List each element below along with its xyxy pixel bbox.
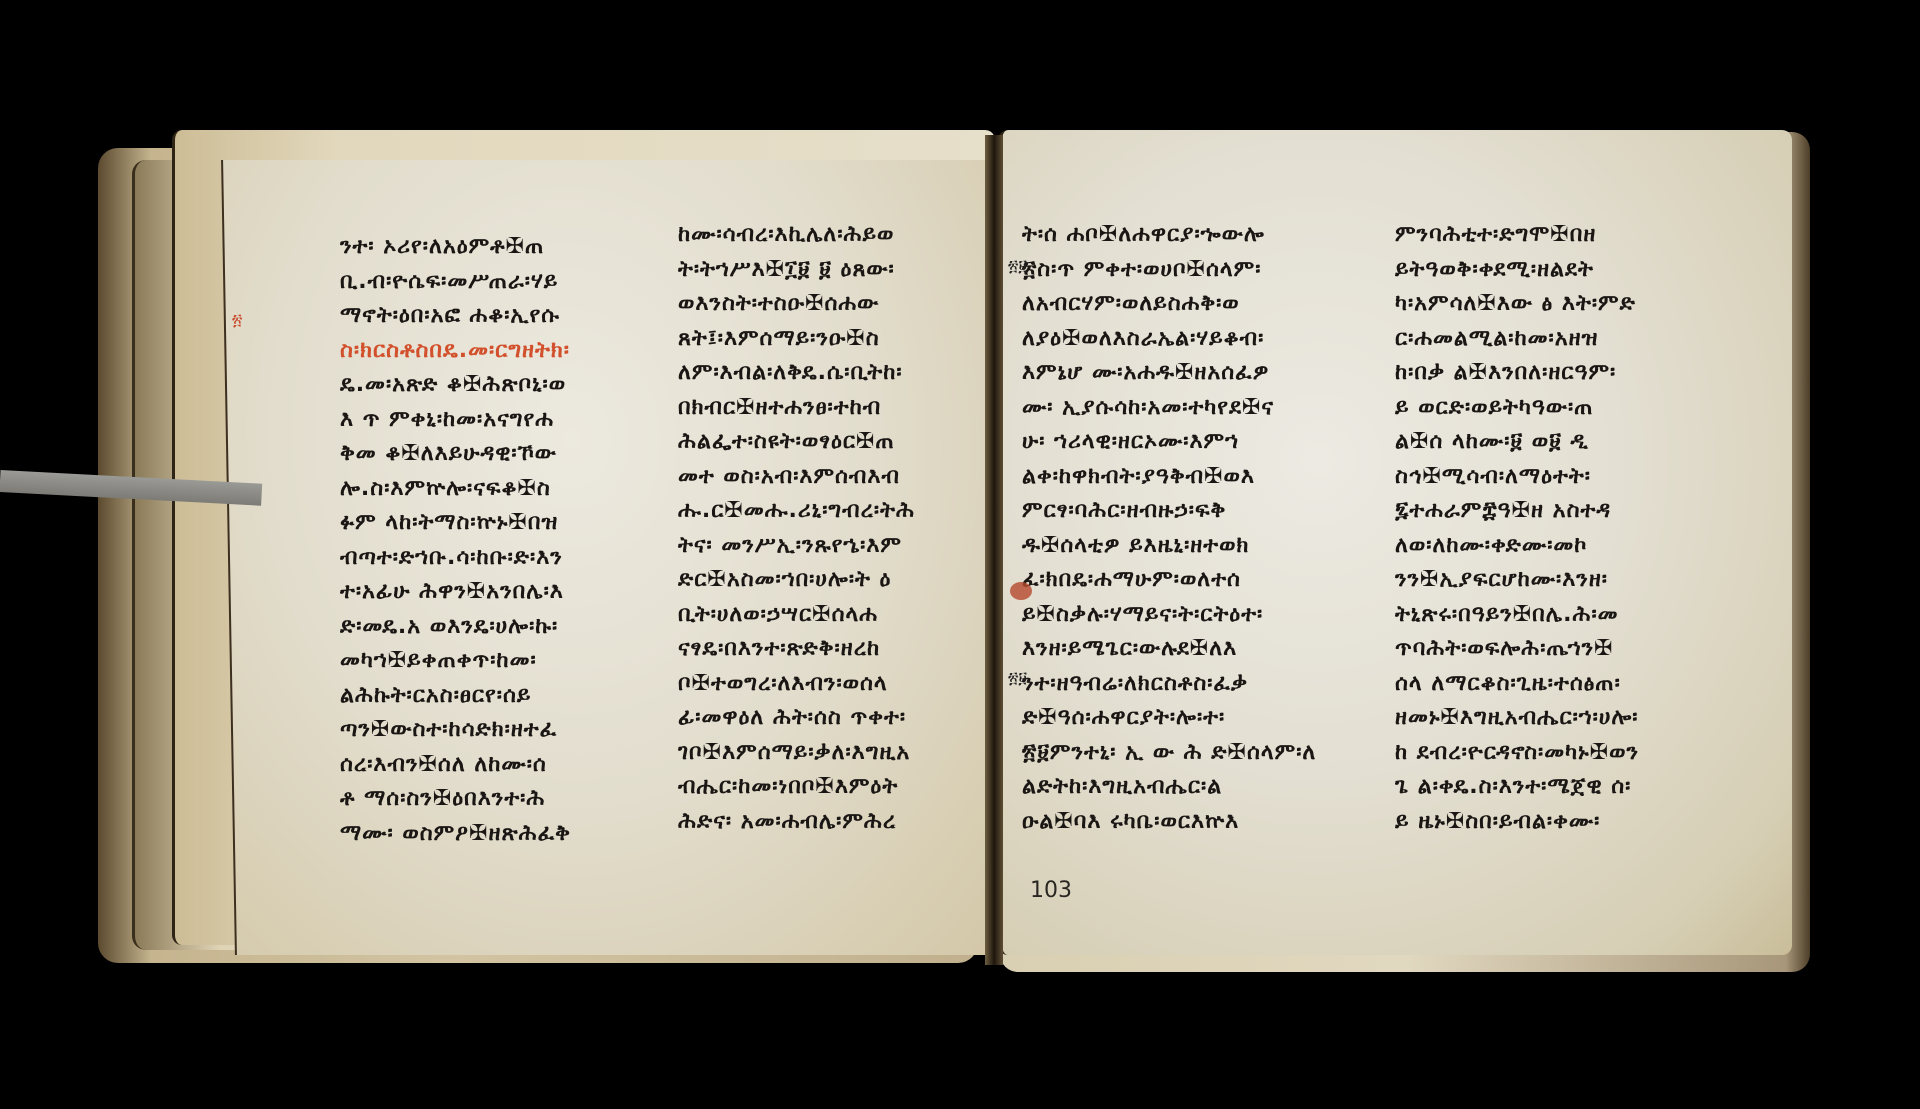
text-line: በክብር✠ዘተሐንፀ፡ተከብ <box>678 391 915 426</box>
text-line: ሑ.ር✠መሑ.ሪኒ፡ግብረ፡ትሕ <box>678 494 915 529</box>
text-line: ይ✠ስቃሉ፡ሃማይና፡ት፡ርትዕተ፡ <box>1022 598 1316 633</box>
text-line: ለያዕ✠ወለእስራኤል፡ሃይቆብ፡ <box>1022 322 1316 357</box>
left-page-column-1: ንተ፡ ኦሪየ፡ለአዕምቶ✠ጠ ቢ.ብ፡ዮሴፍ፡መሥጠራ፡ሃይ ማኖት፡ዕበ፡አ… <box>340 230 571 851</box>
text-line: ቶ ማሰ፡ስን✠ዕበእንተ፡ሕ <box>340 782 571 817</box>
text-line: ይ ዜኑ✠ስበ፡ይብል፡ቀሙ፡ <box>1395 805 1639 840</box>
left-page-column-2: ከሙ፡ሳብረ፡እኪሌለ፡ሕይወ ት፡ትኀሥእ✠፲፱ ፱ ዕጸው፡ ወእንስት፡ተ… <box>678 218 915 839</box>
text-line: ጣን✠ውስተ፡ከሳድክ፡ዘተፈ <box>340 713 571 748</box>
text-line: መተ ወስ፡አብ፡እምሰብእብ <box>678 460 915 495</box>
text-line: ምንባሕቲተ፡ድግሞ✠በዘ <box>1395 218 1639 253</box>
text-line: ብጣተ፡ድኀቡ.ሳ፡ከቡ፡ድ፡እን <box>340 541 571 576</box>
text-line: ሰላ ለማርቆስ፡ጊዜ፡ተሰፅጠ፡ <box>1395 667 1639 702</box>
right-page-column-2: ምንባሕቲተ፡ድግሞ✠በዘ ይትዓወቅ፡ቀደሚ፡ዘልደት ካ፡አምሳለ✠እው ፅ… <box>1395 218 1639 839</box>
right-margin-note-1: ፳፱ <box>1008 256 1027 276</box>
text-line: ፳፱ምንተኒ፡ ኢ ው ሕ ድ✠ሰላም፡ለ <box>1022 736 1316 771</box>
text-line: ገቦ✠እምሰማይ፡ቃለ፡እግዚአ <box>678 736 915 771</box>
text-line: ስኅ✠ሚሳብ፡ለማዕተት፡ <box>1395 460 1639 495</box>
text-line: ሙ፡ ኢያሱሳከ፡አመ፡ተካየደ✠ና <box>1022 391 1316 426</box>
text-line: ይ ወርድ፡ወይትካዓው፡ጠ <box>1395 391 1639 426</box>
text-line: ሕልፌተ፡ስዩት፡ወፃዕር✠ጠ <box>678 425 915 460</box>
text-line: ንተ፡ዘዓብሬ፡ለክርስቶስ፡ፈቃ <box>1022 667 1316 702</box>
text-line: ልሕኩት፡ርአስ፡ፀርየ፡ሰይ <box>340 679 571 714</box>
text-line: ከ ደብረ፡ዮርዳኖስ፡መካኑ✠ወን <box>1395 736 1639 771</box>
left-margin-note: ፳ <box>232 310 242 330</box>
text-line: ለአብርሃም፡ወለይስሐቅ፡ወ <box>1022 287 1316 322</box>
text-line: ወእንስት፡ተስዑ✠ሰሐው <box>678 287 915 322</box>
text-line: መካኀ✠ይቀጠቀጥ፡ከመ፡ <box>340 644 571 679</box>
text-line-rubric: ስ፡ክርስቶስበዴ.መ፡ርግዘትክ፡ <box>340 334 571 369</box>
text-line: ሎ.ስ፡እምኵሎ፡ናፍቆ✠ስ <box>340 472 571 507</box>
text-line: ከ፡በቃ ል✠እንበለ፡ዘርዓም፡ <box>1395 356 1639 391</box>
text-line: ዴ.መ፡አጽድ ቆ✠ሕጽቦኒ፡ወ <box>340 368 571 403</box>
text-line: ጸት፤፡እምሰማይ፡ንዑ✠ስ <box>678 322 915 357</box>
text-line: ከሙ፡ሳብረ፡እኪሌለ፡ሕይወ <box>678 218 915 253</box>
text-line: እ ጥ ምቀኒ፡ከመ፡አናግየሐ <box>340 403 571 438</box>
text-line: ማሙ፡ ወስምዖ✠ዘጽሕፈቅ <box>340 817 571 852</box>
text-line: ቢ.ብ፡ዮሴፍ፡መሥጠራ፡ሃይ <box>340 265 571 300</box>
text-line: ልቀ፡ከዋክብት፡ያዓቅብ✠ወእ <box>1022 460 1316 495</box>
red-ink-stain <box>1010 582 1032 600</box>
text-line: ካ፡አምሳለ✠እው ፅ እት፡ምድ <box>1395 287 1639 322</box>
text-line: ት፡ሰ ሐቦ✠ለሐዋርያ፡ኈውሎ <box>1022 218 1316 253</box>
text-line: ጥባሕት፡ወፍሎሕ፡ጤኀን✠ <box>1395 632 1639 667</box>
text-line: ዘመኑ✠እግዚአብሔር፡ኀ፡ሀሎ፡ <box>1395 701 1639 736</box>
text-line: ተ፡አፊሁ ሕዋን✠አንበሌ፡እ <box>340 575 571 610</box>
page-number: 103 <box>1030 878 1072 903</box>
text-line: ፳ስ፡ጥ ምቀተ፡ወሀቦ✠ሰላም፡ <box>1022 253 1316 288</box>
text-line: ሁ፡ ኀሪላዊ፡ዘርኦሙ፡እምኀ <box>1022 425 1316 460</box>
text-line: ር፡ሐመልሚል፡ከመ፡አዘዝ <box>1395 322 1639 357</box>
text-line: ፈ፡ክበዴ፡ሐማሁም፡ወለተሰ <box>1022 563 1316 598</box>
text-line: ዱ✠ሰላቲዎ ይእዜኒ፡ዘተወክ <box>1022 529 1316 564</box>
text-line: ጌ ል፡ቀዴ.ስ፡እንተ፡ሜጀዊ ሰ፡ <box>1395 770 1639 805</box>
right-margin-note-2: ፳፱ <box>1008 668 1027 688</box>
right-page-column-1: ት፡ሰ ሐቦ✠ለሐዋርያ፡ኈውሎ ፳ስ፡ጥ ምቀተ፡ወሀቦ✠ሰላም፡ ለአብርሃ… <box>1022 218 1316 839</box>
text-line: ድ፡መዴ.አ ወእንዴ፡ሀሎ፡ኩ፡ <box>340 610 571 645</box>
text-line: ድር✠አስመ፡ኀበ፡ሀሎ፡ት ዕ <box>678 563 915 598</box>
text-line: ብሔር፡ከመ፡ነበቦ✠እምዕት <box>678 770 915 805</box>
manuscript-photo: ንተ፡ ኦሪየ፡ለአዕምቶ✠ጠ ቢ.ብ፡ዮሴፍ፡መሥጠራ፡ሃይ ማኖት፡ዕበ፡አ… <box>0 0 1920 1109</box>
text-line: ቢት፡ሀለወ፡ኃሣር✠ሰላሐ <box>678 598 915 633</box>
text-line: ሕድና፡ አመ፡ሐብሌ፡ምሕረ <box>678 805 915 840</box>
text-line: ዑል✠ባእ ሩካቤ፡ወርእኵእ <box>1022 805 1316 840</box>
text-line: ፊ፡መዋዕለ ሕት፡ሰስ ጥቀተ፡ <box>678 701 915 736</box>
text-line: ንን✠ኢያፍርሆከሙ፡እንዘ፡ <box>1395 563 1639 598</box>
text-line: ንተ፡ ኦሪየ፡ለአዕምቶ✠ጠ <box>340 230 571 265</box>
text-line: ፉም ላከ፡ትማስ፡ኵኑ✠በዝ <box>340 506 571 541</box>
text-line: እምኔሆ ሙ፡አሐዱ✠ዘአሰፈዎ <box>1022 356 1316 391</box>
text-line: ቦ✠ተወግረ፡ለእብን፡ወሰላ <box>678 667 915 702</box>
text-line: ምርፃ፡ባሕር፡ዘብዙኃ፡ፍቅ <box>1022 494 1316 529</box>
text-line: ል✠ሰ ላከሙ፡፱ ወ፱ ዲ <box>1395 425 1639 460</box>
text-line: ልድትከ፡እግዚአብሔር፡ል <box>1022 770 1316 805</box>
text-line: ትኒጽሩ፡በዓይን✠በሌ.ሕ፡መ <box>1395 598 1639 633</box>
text-line: ይትዓወቅ፡ቀደሚ፡ዘልደት <box>1395 253 1639 288</box>
spine-shadow <box>985 135 1003 965</box>
text-line: ፯ተሐራም፰ዓ✠ዘ አስተዳ <box>1395 494 1639 529</box>
text-line: ትና፡ መንሥኢ፡ንጹየኄ፡እም <box>678 529 915 564</box>
text-line: ቅመ ቆ✠ለእይሁዳዊ፡ኾው <box>340 437 571 472</box>
text-line: ማኖት፡ዕበ፡አፎ ሐቆ፡ኢየሱ <box>340 299 571 334</box>
text-line: ት፡ትኀሥእ✠፲፱ ፱ ዕጸው፡ <box>678 253 915 288</box>
text-line: ድ✠ዓሰ፡ሐዋርያት፡ሎ፡ተ፡ <box>1022 701 1316 736</box>
text-line: እንዘ፡ይሜጌር፡ውሉደ✠ለእ <box>1022 632 1316 667</box>
text-line: ለም፡እብል፡ለቅዴ.ሴ፡ቢትከ፡ <box>678 356 915 391</box>
text-line: ናፃዴ፡በእንተ፡ጽድቅ፡ዘረከ <box>678 632 915 667</box>
text-line: ሰረ፡እብን✠ሰለ ለከሙ፡ሰ <box>340 748 571 783</box>
text-line: ለወ፡ለከሙ፡ቀድሙ፡መኮ <box>1395 529 1639 564</box>
